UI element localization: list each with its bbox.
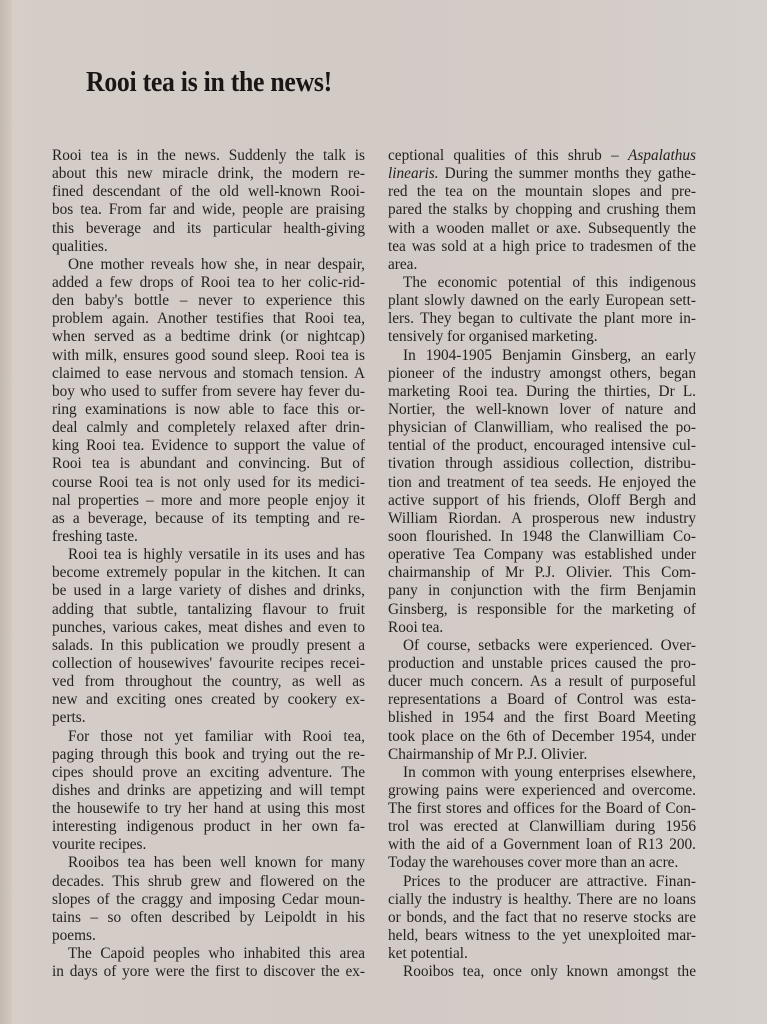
paragraph: Rooi tea is in the news. Suddenly the ta… (52, 147, 365, 256)
text-line: took place on the 6th of December 1954, … (388, 728, 696, 746)
paragraph: Rooi tea is highly versatile in its uses… (52, 546, 365, 727)
book-spine-shadow (0, 0, 12, 1024)
paragraph: The Capoid peoples who inhabited this ar… (52, 945, 365, 981)
text-line: lers. They began to cultivate the plant … (388, 310, 696, 328)
text-line: fined descendant of the old well-known R… (52, 183, 365, 201)
text-line: vourite recipes. (52, 836, 365, 854)
text-line: adding that subtle, tantalizing flavour … (52, 601, 365, 619)
text-line: marketing Rooi tea. During the thirties,… (388, 383, 696, 401)
text-line: representations a Board of Control was e… (388, 691, 696, 709)
text-line: boy who used to suffer from severe hay f… (52, 383, 365, 401)
text-line: cipes should prove an exciting adventure… (52, 764, 365, 782)
paragraph: In common with young enterprises elsewhe… (388, 764, 696, 873)
text-line: linearis. During the summer months they … (388, 165, 696, 183)
text-line: cially the industry is healthy. There ar… (388, 891, 696, 909)
text-line: perts. (52, 709, 365, 727)
text-line: become extremely popular in the kitchen.… (52, 564, 365, 582)
text-line: pared the stalks by chopping and crushin… (388, 201, 696, 219)
text-line: interesting indigenous product in her ow… (52, 818, 365, 836)
text-line: red the tea on the mountain slopes and p… (388, 183, 696, 201)
paragraph: Rooibos tea has been well known for many… (52, 854, 365, 945)
text-line: ceptional qualities of this shrub – Aspa… (388, 147, 696, 165)
text-line: be used in a large variety of dishes and… (52, 582, 365, 600)
text-line: active support of his friends, Oloff Ber… (388, 492, 696, 510)
text-line: Ginsberg, is responsible for the marketi… (388, 601, 696, 619)
text-line: with a wooden mallet or axe. Subsequentl… (388, 220, 696, 238)
text-line: blished in 1954 and the first Board Meet… (388, 709, 696, 727)
text-line: problem again. Another testifies that Ro… (52, 310, 365, 328)
text-line: deal calmly and completely relaxed after… (52, 419, 365, 437)
text-line: pany in conjunction with the firm Benjam… (388, 582, 696, 600)
text-line: The first stores and offices for the Boa… (388, 800, 696, 818)
text-line: qualities. (52, 238, 365, 256)
text-line: chairmanship of Mr P.J. Olivier. This Co… (388, 564, 696, 582)
text-line: new and exciting ones created by cookery… (52, 691, 365, 709)
text-line: the housewife to try her hand at using t… (52, 800, 365, 818)
text-line: as a beverage, because of its tempting a… (52, 510, 365, 528)
right-column: ceptional qualities of this shrub – Aspa… (388, 147, 696, 981)
text-line: tential of the product, encouraged inten… (388, 437, 696, 455)
text-line: decades. This shrub grew and flowered on… (52, 873, 365, 891)
paragraph: Prices to the producer are attractive. F… (388, 873, 696, 964)
text-line: growing pains were experienced and overc… (388, 782, 696, 800)
text-line: or bonds, and the fact that no reserve s… (388, 909, 696, 927)
species-name-italic: Aspalathus (628, 147, 696, 164)
text-line: held, bears witness to the yet unexploit… (388, 927, 696, 945)
text-line: Today the warehouses cover more than an … (388, 854, 696, 872)
text-line: production and unstable prices caused th… (388, 655, 696, 673)
page-title: Rooi tea is in the news! (86, 65, 332, 101)
text-line: pioneer of the industry amongst others, … (388, 365, 696, 383)
text-line: tea was sold at a high price to tradesme… (388, 238, 696, 256)
text-line: this beverage and its particular health-… (52, 220, 365, 238)
paragraph: Of course, setbacks were experienced. Ov… (388, 637, 696, 764)
text-line: in days of yore were the first to discov… (52, 963, 365, 981)
species-name-italic: linearis. (388, 165, 439, 182)
text-line: paging through this book and trying out … (52, 746, 365, 764)
text-line: The economic potential of this indigenou… (388, 274, 696, 292)
text-line: with the aid of a Government loan of R13… (388, 836, 696, 854)
text-line: punches, various cakes, meat dishes and … (52, 619, 365, 637)
text-line: In 1904-1905 Benjamin Ginsberg, an early (388, 347, 696, 365)
text-line: trol was erected at Clanwilliam during 1… (388, 818, 696, 836)
paragraph: For those not yet familiar with Rooi tea… (52, 728, 365, 855)
text-line: tion and treatment of tea seeds. He enjo… (388, 474, 696, 492)
paragraph: One mother reveals how she, in near desp… (52, 256, 365, 546)
left-column: Rooi tea is in the news. Suddenly the ta… (52, 147, 365, 981)
text-line: when served as a bedtime drink (or night… (52, 328, 365, 346)
text-line: freshing taste. (52, 528, 365, 546)
text-line: plant slowly dawned on the early Europea… (388, 292, 696, 310)
paragraph: In 1904-1905 Benjamin Ginsberg, an early… (388, 347, 696, 637)
text-line: William Riordan. A prosperous new indust… (388, 510, 696, 528)
text-line: added a few drops of Rooi tea to her col… (52, 274, 365, 292)
text-line: slopes of the craggy and imposing Cedar … (52, 891, 365, 909)
text-line: course Rooi tea is not only used for its… (52, 474, 365, 492)
text-line: collection of housewives' favourite reci… (52, 655, 365, 673)
text-line: Rooi tea is in the news. Suddenly the ta… (52, 147, 365, 165)
text-line: Prices to the producer are attractive. F… (388, 873, 696, 891)
text-line: Rooi tea. (388, 619, 696, 637)
text-line: poems. (52, 927, 365, 945)
text-line: Rooi tea is highly versatile in its uses… (52, 546, 365, 564)
text-line: tensively for organised marketing. (388, 328, 696, 346)
text-line: about this new miracle drink, the modern… (52, 165, 365, 183)
text-line: ved from throughout the country, as well… (52, 673, 365, 691)
text-line: dishes and drinks are appetizing and wil… (52, 782, 365, 800)
text-line: den baby's bottle – never to experience … (52, 292, 365, 310)
paragraph: Rooibos tea, once only known amongst the (388, 963, 696, 981)
text-line: The Capoid peoples who inhabited this ar… (52, 945, 365, 963)
text-line: with milk, ensures good sound sleep. Roo… (52, 347, 365, 365)
text-line: Of course, setbacks were experienced. Ov… (388, 637, 696, 655)
text-line: ducer much concern. As a result of purpo… (388, 673, 696, 691)
text-line: One mother reveals how she, in near desp… (52, 256, 365, 274)
text-line: Rooibos tea has been well known for many (52, 854, 365, 872)
text-line: tains – so often described by Leipoldt i… (52, 909, 365, 927)
text-line: tivation through assidious collection, d… (388, 455, 696, 473)
text-line: Rooibos tea, once only known amongst the (388, 963, 696, 981)
text-line: claimed to ease nervous and stomach tens… (52, 365, 365, 383)
text-run: During the summer months they gathe- (445, 165, 696, 182)
text-line: Rooi tea is abundant and convincing. But… (52, 455, 365, 473)
text-run: ceptional qualities of this shrub – (388, 147, 619, 164)
text-line: In common with young enterprises elsewhe… (388, 764, 696, 782)
paragraph: The economic potential of this indigenou… (388, 274, 696, 347)
text-line: nal properties – more and more people en… (52, 492, 365, 510)
text-line: bos tea. From far and wide, people are p… (52, 201, 365, 219)
text-line: Nortier, the well-known lover of nature … (388, 401, 696, 419)
text-line: physician of Clanwilliam, who realised t… (388, 419, 696, 437)
text-line: soon flourished. In 1948 the Clanwilliam… (388, 528, 696, 546)
text-line: salads. In this publication we proudly p… (52, 637, 365, 655)
text-line: king Rooi tea. Evidence to support the v… (52, 437, 365, 455)
text-line: For those not yet familiar with Rooi tea… (52, 728, 365, 746)
text-line: operative Tea Company was established un… (388, 546, 696, 564)
paragraph: red the tea on the mountain slopes and p… (388, 183, 696, 274)
text-line: ket potential. (388, 945, 696, 963)
text-line: Chairmanship of Mr P.J. Olivier. (388, 746, 696, 764)
text-line: area. (388, 256, 696, 274)
text-line: ring examinations is now able to face th… (52, 401, 365, 419)
